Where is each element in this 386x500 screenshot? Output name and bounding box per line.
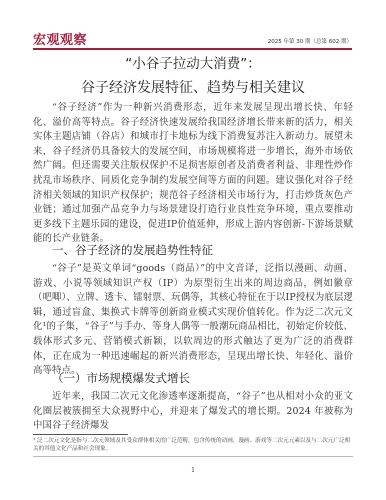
issue-number: 2025 年第 30 期（总第 602 期） [268, 39, 352, 46]
brand-title: 宏观观察 [33, 34, 87, 48]
footnote-rule [33, 434, 128, 435]
page-number: 1 [0, 467, 386, 474]
footer-rule [33, 456, 353, 457]
page-header: 宏观观察 2025 年第 30 期（总第 602 期） [33, 34, 352, 48]
header-rule [33, 48, 352, 50]
body-paragraph: 近年来，我国二次元文化渗透率逐渐提高，“谷子”也从相对小众的亚文化圈层被簇拥至大… [33, 390, 353, 434]
section-heading-1: 一、谷子经济的发展趋势性特征 [52, 243, 213, 257]
footnote: ¹ 泛二次元文化是指与二次元领域及其受众群体相关的广泛范畴，包含传统的动画、漫画… [33, 437, 353, 453]
abstract-paragraph: “谷子经济”作为一种新兴消费形态，近年来发展呈现出增长快、年轻化、溢价高等特点。… [33, 101, 353, 247]
title-line-1: “小谷子拉动大消费”： [0, 56, 386, 72]
body-paragraph: “谷子”是英文单词“goods（商品）”的中文音译，泛指以漫画、动画、游戏、小说… [33, 262, 353, 379]
subsection-heading-1: （一）市场规模爆发式增长 [52, 371, 190, 385]
title-line-2: 谷子经济发展特征、趋势与相关建议 [0, 80, 386, 96]
